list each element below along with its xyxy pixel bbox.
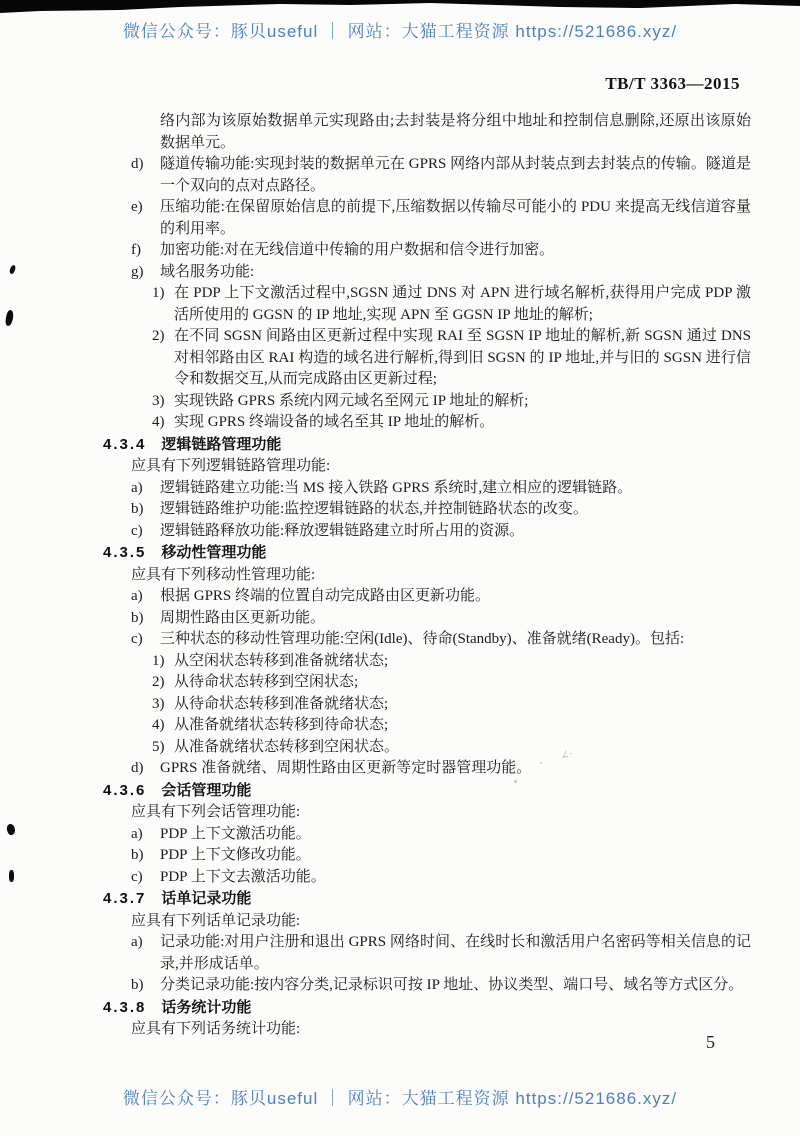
text-block: 络内部为该原始数据单元实现路由;去封装是将分组中地址和控制信息删除,还原出该原始… bbox=[103, 111, 751, 154]
ink-mark bbox=[5, 310, 14, 327]
page-number: 5 bbox=[706, 1032, 715, 1053]
item-label: 1) bbox=[152, 283, 165, 305]
item-text: 从准备就绪状态转移到待命状态; bbox=[174, 717, 388, 733]
section-number: 4.3.5 bbox=[103, 542, 146, 564]
ink-mark bbox=[5, 823, 16, 836]
text-block: 应具有下列会话管理功能: bbox=[103, 802, 751, 824]
text-block: 1)在 PDP 上下文激活过程中,SGSN 通过 DNS 对 APN 进行域名解… bbox=[103, 283, 751, 326]
text-block: 应具有下列话务统计功能: bbox=[103, 1019, 751, 1041]
ink-mark bbox=[9, 265, 16, 275]
text-block: c)逻辑链路释放功能:释放逻辑链路建立时所占用的资源。 bbox=[103, 521, 751, 543]
scan-speck bbox=[540, 762, 542, 764]
item-label: b) bbox=[131, 499, 144, 521]
item-label: g) bbox=[131, 262, 144, 284]
section-title: 话单记录功能 bbox=[161, 891, 251, 907]
item-text: 周期性路由区更新功能。 bbox=[160, 610, 325, 626]
item-text: 在 PDP 上下文激活过程中,SGSN 通过 DNS 对 APN 进行域名解析,… bbox=[174, 285, 751, 323]
item-text: 加密功能:对在无线信道中传输的用户数据和信令进行加密。 bbox=[160, 242, 554, 258]
item-text: 实现铁路 GPRS 系统内网元域名至网元 IP 地址的解析; bbox=[174, 393, 528, 409]
item-label: 4) bbox=[152, 715, 165, 737]
ink-mark bbox=[9, 870, 14, 882]
text-block: 应具有下列话单记录功能: bbox=[103, 911, 751, 933]
item-label: 1) bbox=[152, 651, 165, 673]
text-block: b)周期性路由区更新功能。 bbox=[103, 608, 751, 630]
text-block: 应具有下列逻辑链路管理功能: bbox=[103, 456, 751, 478]
text-block: g)域名服务功能: bbox=[103, 262, 751, 284]
item-text: 域名服务功能: bbox=[160, 264, 254, 280]
item-text: 应具有下列移动性管理功能: bbox=[131, 567, 315, 583]
text-block: d)GPRS 准备就绪、周期性路由区更新等定时器管理功能。 bbox=[103, 758, 751, 780]
item-label: e) bbox=[131, 197, 143, 219]
section-number: 4.3.8 bbox=[103, 997, 146, 1019]
text-block: b)分类记录功能:按内容分类,记录标识可按 IP 地址、协议类型、端口号、域名等… bbox=[103, 975, 751, 997]
section-title: 话务统计功能 bbox=[161, 1000, 251, 1016]
item-text: 隧道传输功能:实现封装的数据单元在 GPRS 网络内部从封装点到去封装点的传输。… bbox=[160, 156, 751, 194]
item-label: d) bbox=[131, 758, 144, 780]
item-text: 应具有下列话务统计功能: bbox=[131, 1021, 300, 1037]
scan-edge-artifact bbox=[0, 0, 800, 14]
text-block: e)压缩功能:在保留原始信息的前提下,压缩数据以传输尽可能小的 PDU 来提高无… bbox=[103, 197, 751, 240]
text-block: 3)实现铁路 GPRS 系统内网元域名至网元 IP 地址的解析; bbox=[103, 391, 751, 413]
item-text: 记录功能:对用户注册和退出 GPRS 网络时间、在线时长和激活用户名密码等相关信… bbox=[160, 934, 751, 972]
watermark-bottom: 微信公众号：豚贝useful ｜ 网站：大猫工程资源 https://52168… bbox=[0, 1084, 800, 1109]
text-block: a)记录功能:对用户注册和退出 GPRS 网络时间、在线时长和激活用户名密码等相… bbox=[103, 932, 751, 975]
item-text: 络内部为该原始数据单元实现路由;去封装是将分组中地址和控制信息删除,还原出该原始… bbox=[160, 113, 751, 151]
item-text: 实现 GPRS 终端设备的域名至其 IP 地址的解析。 bbox=[174, 414, 494, 430]
text-block: 4)实现 GPRS 终端设备的域名至其 IP 地址的解析。 bbox=[103, 412, 751, 434]
item-text: PDP 上下文激活功能。 bbox=[160, 826, 311, 842]
item-text: 从空闲状态转移到准备就绪状态; bbox=[174, 653, 388, 669]
section-number: 4.3.4 bbox=[103, 434, 146, 456]
item-text: 应具有下列会话管理功能: bbox=[131, 804, 300, 820]
scan-speck bbox=[514, 780, 517, 783]
item-text: 从准备就绪状态转移到空闲状态。 bbox=[174, 739, 399, 755]
section-title: 移动性管理功能 bbox=[161, 545, 266, 561]
item-text: 分类记录功能:按内容分类,记录标识可按 IP 地址、协议类型、端口号、域名等方式… bbox=[160, 977, 743, 993]
item-label: a) bbox=[131, 478, 143, 500]
section-number: 4.3.6 bbox=[103, 780, 146, 802]
text-block: a)逻辑链路建立功能:当 MS 接入铁路 GPRS 系统时,建立相应的逻辑链路。 bbox=[103, 478, 751, 500]
standard-code-header: TB/T 3363—2015 bbox=[0, 74, 740, 94]
section-heading: 4.3.6会话管理功能 bbox=[103, 780, 751, 803]
item-label: a) bbox=[131, 586, 143, 608]
text-block: c)三种状态的移动性管理功能:空闲(Idle)、待命(Standby)、准备就绪… bbox=[103, 629, 751, 651]
section-heading: 4.3.5移动性管理功能 bbox=[103, 542, 751, 565]
document-body: 络内部为该原始数据单元实现路由;去封装是将分组中地址和控制信息删除,还原出该原始… bbox=[103, 111, 751, 1041]
scan-smudge: ∠· bbox=[559, 747, 574, 762]
text-block: a)PDP 上下文激活功能。 bbox=[103, 824, 751, 846]
text-block: 5)从准备就绪状态转移到空闲状态。 bbox=[103, 737, 751, 759]
section-heading: 4.3.4逻辑链路管理功能 bbox=[103, 434, 751, 457]
item-label: c) bbox=[131, 867, 143, 889]
item-label: 5) bbox=[152, 737, 165, 759]
item-text: 逻辑链路释放功能:释放逻辑链路建立时所占用的资源。 bbox=[160, 523, 524, 539]
item-text: 根据 GPRS 终端的位置自动完成路由区更新功能。 bbox=[160, 588, 490, 604]
item-label: 3) bbox=[152, 391, 165, 413]
item-text: 逻辑链路建立功能:当 MS 接入铁路 GPRS 系统时,建立相应的逻辑链路。 bbox=[160, 480, 632, 496]
text-block: 3)从待命状态转移到准备就绪状态; bbox=[103, 694, 751, 716]
item-label: 2) bbox=[152, 672, 165, 694]
section-title: 逻辑链路管理功能 bbox=[161, 437, 281, 453]
text-block: 2)在不同 SGSN 间路由区更新过程中实现 RAI 至 SGSN IP 地址的… bbox=[103, 326, 751, 391]
item-text: 三种状态的移动性管理功能:空闲(Idle)、待命(Standby)、准备就绪(R… bbox=[160, 631, 684, 647]
item-label: b) bbox=[131, 845, 144, 867]
item-text: 在不同 SGSN 间路由区更新过程中实现 RAI 至 SGSN IP 地址的解析… bbox=[174, 328, 751, 387]
text-block: 1)从空闲状态转移到准备就绪状态; bbox=[103, 651, 751, 673]
item-label: a) bbox=[131, 824, 143, 846]
scanned-document-page: { "watermark": { "text": "微信公众号：豚贝useful… bbox=[0, 0, 800, 1136]
item-label: 2) bbox=[152, 326, 165, 348]
item-text: 从待命状态转移到准备就绪状态; bbox=[174, 696, 388, 712]
item-text: 逻辑链路维护功能:监控逻辑链路的状态,并控制链路状态的改变。 bbox=[160, 501, 588, 517]
text-block: b)PDP 上下文修改功能。 bbox=[103, 845, 751, 867]
item-text: 应具有下列话单记录功能: bbox=[131, 913, 300, 929]
section-number: 4.3.7 bbox=[103, 888, 146, 910]
text-block: b)逻辑链路维护功能:监控逻辑链路的状态,并控制链路状态的改变。 bbox=[103, 499, 751, 521]
item-text: 应具有下列逻辑链路管理功能: bbox=[131, 458, 330, 474]
text-block: 应具有下列移动性管理功能: bbox=[103, 565, 751, 587]
item-label: c) bbox=[131, 629, 143, 651]
item-label: f) bbox=[131, 240, 141, 262]
section-heading: 4.3.7话单记录功能 bbox=[103, 888, 751, 911]
item-text: 从待命状态转移到空闲状态; bbox=[174, 674, 358, 690]
item-label: c) bbox=[131, 521, 143, 543]
text-block: 4)从准备就绪状态转移到待命状态; bbox=[103, 715, 751, 737]
item-label: 3) bbox=[152, 694, 165, 716]
item-text: GPRS 准备就绪、周期性路由区更新等定时器管理功能。 bbox=[160, 760, 531, 776]
item-label: b) bbox=[131, 608, 144, 630]
text-block: c)PDP 上下文去激活功能。 bbox=[103, 867, 751, 889]
text-block: a)根据 GPRS 终端的位置自动完成路由区更新功能。 bbox=[103, 586, 751, 608]
text-block: d)隧道传输功能:实现封装的数据单元在 GPRS 网络内部从封装点到去封装点的传… bbox=[103, 154, 751, 197]
text-block: f)加密功能:对在无线信道中传输的用户数据和信令进行加密。 bbox=[103, 240, 751, 262]
section-title: 会话管理功能 bbox=[161, 783, 251, 799]
item-text: PDP 上下文去激活功能。 bbox=[160, 869, 326, 885]
item-text: 压缩功能:在保留原始信息的前提下,压缩数据以传输尽可能小的 PDU 来提高无线信… bbox=[160, 199, 751, 237]
item-label: a) bbox=[131, 932, 143, 954]
text-block: 2)从待命状态转移到空闲状态; bbox=[103, 672, 751, 694]
item-label: b) bbox=[131, 975, 144, 997]
item-text: PDP 上下文修改功能。 bbox=[160, 847, 311, 863]
item-label: 4) bbox=[152, 412, 165, 434]
section-heading: 4.3.8话务统计功能 bbox=[103, 997, 751, 1020]
watermark-top: 微信公众号：豚贝useful ｜ 网站：大猫工程资源 https://52168… bbox=[0, 17, 800, 42]
item-label: d) bbox=[131, 154, 144, 176]
